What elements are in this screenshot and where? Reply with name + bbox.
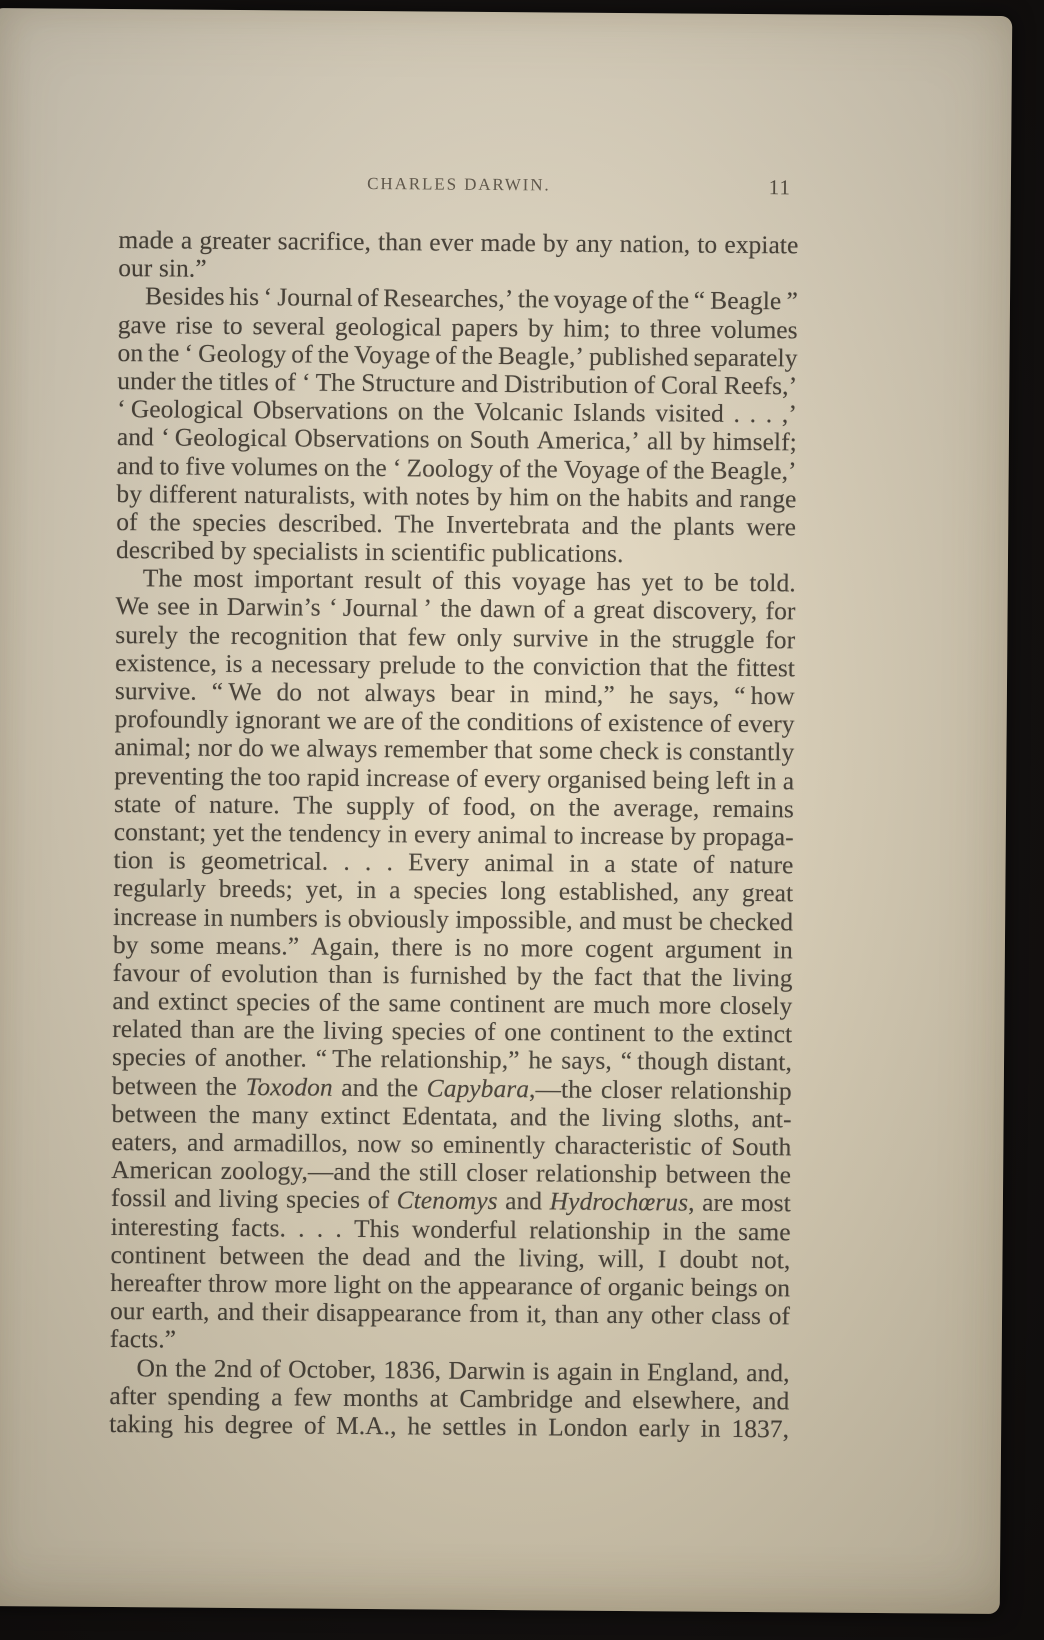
page-number: 11	[769, 172, 791, 202]
text-line: ofthespeciesdescribed.TheInvertebrataand…	[116, 508, 796, 542]
running-head: CHARLES DARWIN. 11	[119, 167, 799, 202]
text-line: takinghisdegreeofM.A.,hesettlesinLondone…	[109, 1410, 789, 1444]
text-line: bysomemeans.”Again,thereisnomorecogentar…	[113, 931, 793, 965]
text-line: eaters,andarmadillos,nowsoeminentlychara…	[111, 1128, 791, 1162]
text-line: Besideshis‘ JournalofResearches,’thevoya…	[118, 282, 798, 316]
text-line: hereafterthrowmorelightontheappearanceof…	[110, 1269, 790, 1303]
scanned-book-photo: CHARLES DARWIN. 11 madeagreatersacrifice…	[0, 0, 1044, 1640]
text-line: madeagreatersacrifice,thanevermadebyanyn…	[118, 226, 798, 260]
text-block: madeagreatersacrifice,thanevermadebyanyn…	[109, 226, 798, 1443]
text-line: interestingfacts....Thiswonderfulrelatio…	[111, 1213, 791, 1247]
text-line: surelytherecognitionthatfewonlysurvivein…	[115, 621, 795, 655]
text-line: tionisgeometrical....Everyanimalinastate…	[113, 846, 793, 880]
running-head-title: CHARLES DARWIN.	[119, 167, 799, 202]
book-page: CHARLES DARWIN. 11 madeagreatersacrifice…	[0, 8, 1012, 1614]
